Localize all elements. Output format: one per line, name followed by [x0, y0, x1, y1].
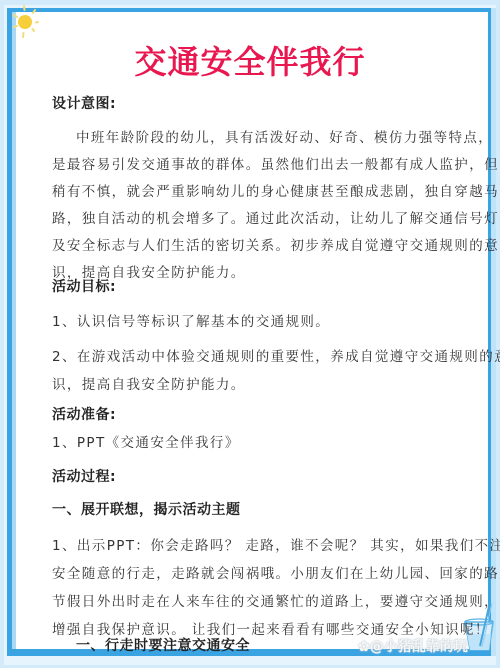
paragraph-line: 稍有不慎，就会严重影响幼儿的身心健康甚至酿成悲剧，独自穿越马	[52, 182, 499, 202]
frame-right-strip	[491, 8, 496, 656]
paragraph-line: 路，独自活动的机会增多了。通过此次活动，让幼儿了解交通信号灯	[52, 209, 499, 229]
process-subheading: 一、展开联想，揭示活动主题	[52, 500, 241, 520]
process-line: 1、出示PPT：你会走路吗？ 走路，谁不会呢？ 其实，如果我们不注意交通	[52, 536, 500, 556]
frame-inner-strip	[12, 12, 16, 649]
heading-goals: 活动目标:	[52, 277, 116, 297]
paragraph-line: 是最容易引发交通事故的群体。虽然他们出去一般都有成人监护，但	[52, 155, 499, 175]
process-line: 安全随意的行走，走路就会闯祸哦。小朋友们在上幼儿园、回家的路上、	[52, 564, 500, 584]
goal-item-2-line: 2、在游戏活动中体验交通规则的重要性，养成自觉遵守交通规则的意	[52, 347, 500, 367]
paragraph-line: 及安全标志与人们生活的密切关系。初步养成自觉遵守交通规则的意	[52, 236, 499, 256]
heading-preparation: 活动准备:	[52, 405, 116, 425]
heading-design-intent: 设计意图:	[52, 94, 116, 114]
goal-item-2-line: 识，提高自我安全防护能力。	[52, 375, 246, 395]
paragraph-line: 中班年龄阶段的幼儿，具有活泼好动、好奇、模仿力强等特点，	[76, 128, 493, 148]
page-title: 交通安全伴我行	[0, 40, 500, 84]
process-next-subheading: 一、行走时要注意交通安全	[76, 636, 250, 656]
watermark: ✿@小猪乱靠的玩	[358, 636, 468, 656]
sun-icon	[4, 2, 40, 38]
goal-item-1: 1、认识信号等标识了解基本的交通规则。	[52, 312, 330, 332]
process-line: 节假日外出时走在人来车往的交通繁忙的道路上，要遵守交通规则，	[52, 592, 499, 612]
heading-process: 活动过程:	[52, 467, 116, 487]
preparation-item-1: 1、PPT《交通安全伴我行》	[52, 433, 240, 453]
